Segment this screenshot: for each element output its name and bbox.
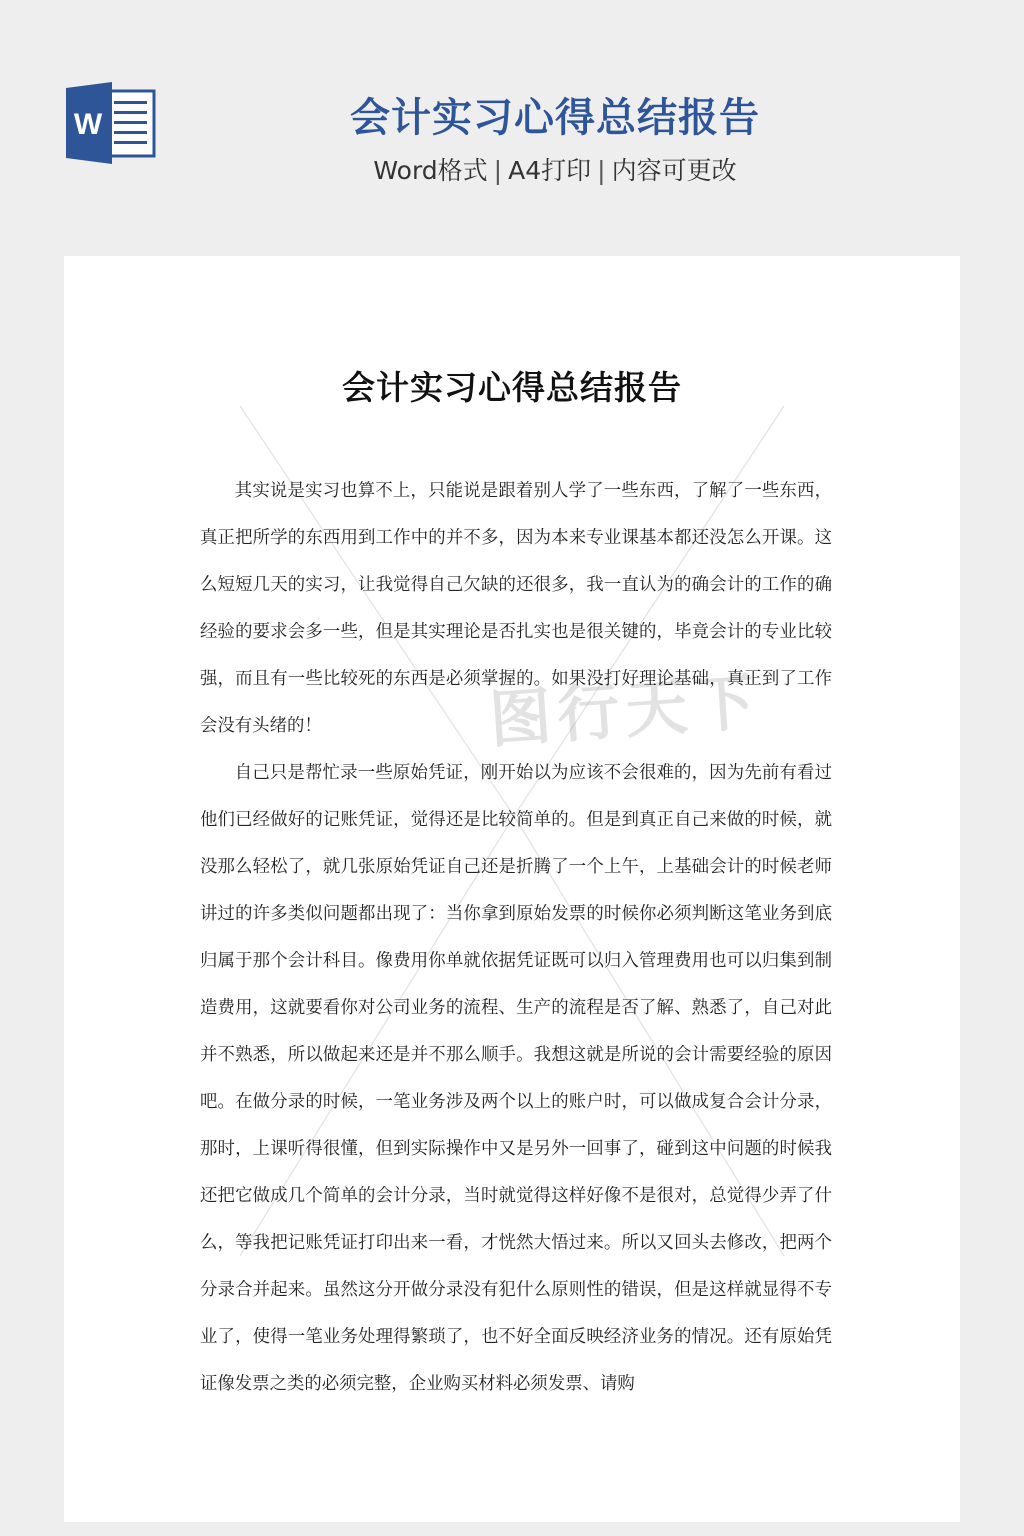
separator: | (591, 156, 611, 185)
svg-text:W: W (74, 108, 103, 141)
separator: | (488, 156, 508, 185)
document-page: 图行天下 会计实习心得总结报告 其实说是实习也算不上，只能说是跟着别人学了一些东… (64, 256, 960, 1522)
header-subtitle: Word格式|A4打印|内容可更改 (300, 152, 810, 190)
word-document-icon: W (66, 82, 156, 164)
header-title: 会计实习心得总结报告 (300, 92, 810, 144)
preview-header: W 会计实习心得总结报告 Word格式|A4打印|内容可更改 (0, 0, 1024, 256)
print-label: A4打印 (508, 156, 591, 185)
paragraph: 自己只是帮忙录一些原始凭证，刚开始以为应该不会很难的，因为先前有看过他们已经做好… (200, 750, 832, 1408)
paragraph: 其实说是实习也算不上，只能说是跟着别人学了一些东西，了解了一些东西，真正把所学的… (200, 468, 832, 750)
format-label: Word格式 (373, 156, 487, 185)
document-body: 其实说是实习也算不上，只能说是跟着别人学了一些东西，了解了一些东西，真正把所学的… (200, 468, 832, 1408)
editable-label: 内容可更改 (612, 156, 737, 185)
document-title: 会计实习心得总结报告 (64, 364, 960, 412)
